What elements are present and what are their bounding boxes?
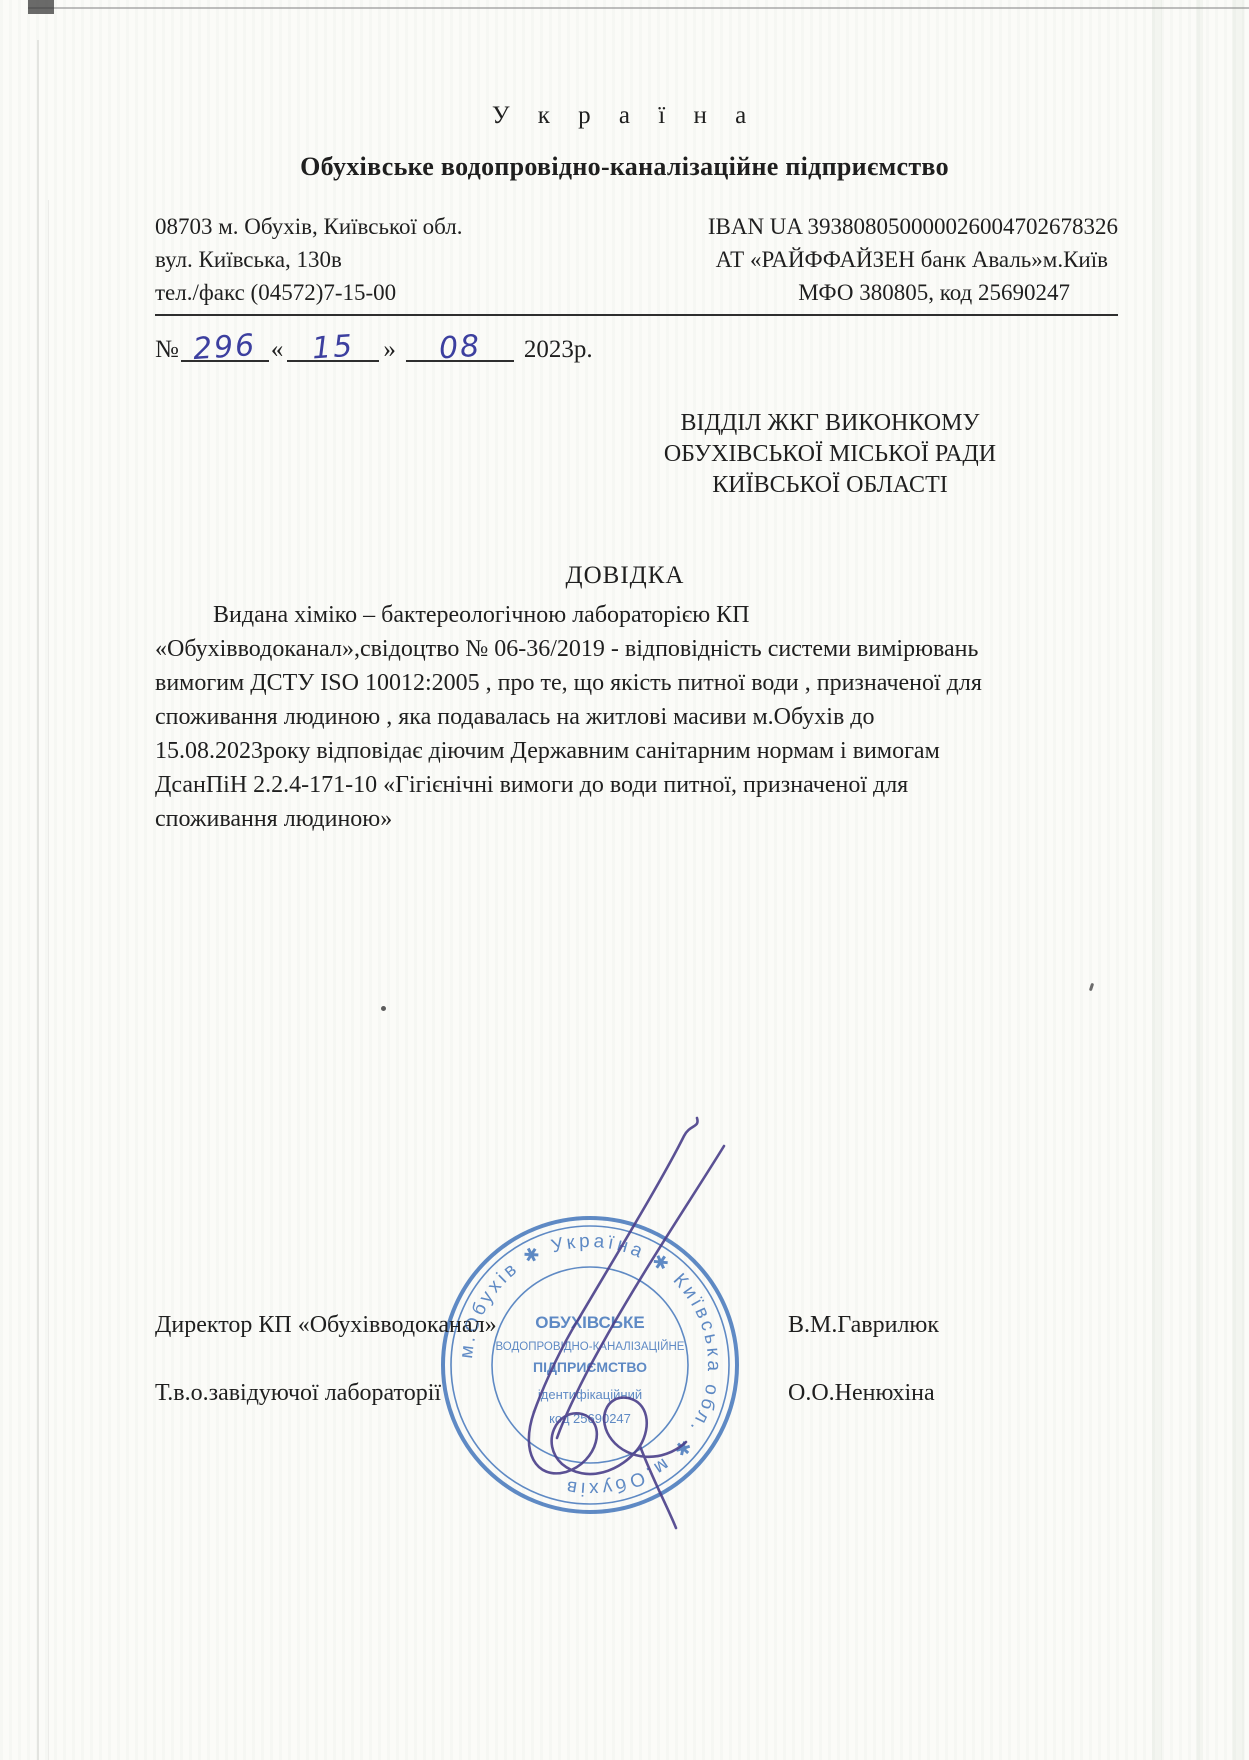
recipient-line-3: КИЇВСЬКОЇ ОБЛАСТІ bbox=[630, 470, 1030, 501]
close-quote: » bbox=[383, 336, 396, 363]
open-quote: « bbox=[271, 336, 284, 363]
paragraph-line: споживання людиною , яка подавалась на ж… bbox=[155, 700, 1115, 734]
document-title: ДОВІДКА bbox=[155, 562, 1095, 590]
scan-edge-line bbox=[28, 7, 1249, 9]
iban-line: IBAN UA 393808050000026004702678326 bbox=[708, 210, 1118, 243]
scan-streak bbox=[37, 40, 39, 1760]
body-paragraph: Видана хіміко – бактереологічною лаборат… bbox=[155, 598, 1115, 836]
mfo-code-line: МФО 380805, код 25690247 bbox=[708, 276, 1070, 309]
scan-corner-mark bbox=[28, 0, 54, 14]
stamp-center-line5: код 25690247 bbox=[549, 1411, 631, 1426]
paragraph-line: вимогим ДСТУ ISO 10012:2005 , про те, що… bbox=[155, 666, 1115, 700]
address-line-2: вул. Київська, 130в bbox=[155, 243, 462, 276]
scan-streak bbox=[1152, 0, 1162, 1760]
paragraph-line: Видана хіміко – бактереологічною лаборат… bbox=[155, 598, 1115, 632]
signature-row-lab-head: Т.в.о.завідуючої лабораторії О.О.Ненюхін… bbox=[155, 1380, 1115, 1407]
scanned-document-page: У к р а ї н а Обухівське водопровідно-ка… bbox=[0, 0, 1249, 1760]
paragraph-line: «Обухівводоканал»,свідоцтво № 06-36/2019… bbox=[155, 632, 1115, 666]
month-blank: 08 bbox=[406, 330, 514, 362]
country-title: У к р а ї н а bbox=[0, 102, 1249, 130]
doc-number-handwritten: 296 bbox=[192, 328, 258, 367]
phone-line: тел./факс (04572)7-15-00 bbox=[155, 276, 462, 309]
scan-streak bbox=[1232, 0, 1244, 1760]
signature-name: О.О.Ненюхіна bbox=[788, 1380, 935, 1407]
company-name: Обухівське водопровідно-каналізаційне пі… bbox=[0, 152, 1249, 182]
signature-role: Т.в.о.завідуючої лабораторії bbox=[155, 1380, 441, 1406]
paragraph-line: 15.08.2023року відповідає діючим Державн… bbox=[155, 734, 1115, 768]
year-label: 2023р. bbox=[524, 336, 593, 363]
signature-role: Директор КП «Обухівводоканал» bbox=[155, 1312, 497, 1338]
signature-row-director: Директор КП «Обухівводоканал» В.М.Гаврил… bbox=[155, 1312, 1115, 1339]
bank-details-block: IBAN UA 393808050000026004702678326 АТ «… bbox=[708, 210, 1118, 309]
recipient-block: ВІДДІЛ ЖКГ ВИКОНКОМУ ОБУХІВСЬКОЇ МІСЬКОЇ… bbox=[630, 408, 1030, 501]
number-sign: № bbox=[155, 336, 179, 363]
address-line-1: 08703 м. Обухів, Київської обл. bbox=[155, 210, 462, 243]
day-handwritten: 15 bbox=[311, 329, 356, 367]
scan-streak bbox=[48, 200, 49, 1760]
scan-speck bbox=[381, 1006, 386, 1011]
contact-block: 08703 м. Обухів, Київської обл. вул. Киї… bbox=[155, 210, 1118, 316]
paragraph-line: споживання людиною» bbox=[155, 802, 1115, 836]
stamp-center-line3: ПІДПРИЄМСТВО bbox=[533, 1359, 647, 1375]
company-stamp: м.Обухів ✱ Україна ✱ Київська обл. ✱ м.О… bbox=[415, 1190, 765, 1540]
month-handwritten: 08 bbox=[438, 329, 483, 367]
scan-speck bbox=[1089, 983, 1094, 992]
doc-number-blank: 296 bbox=[181, 330, 269, 362]
address-block: 08703 м. Обухів, Київської обл. вул. Киї… bbox=[155, 210, 462, 309]
bank-name-line: АТ «РАЙФФАЙЗЕН банк Аваль»м.Київ bbox=[708, 243, 1108, 276]
scan-streak bbox=[1196, 0, 1203, 1760]
day-blank: 15 bbox=[287, 330, 379, 362]
recipient-line-2: ОБУХІВСЬКОЇ МІСЬКОЇ РАДИ bbox=[630, 439, 1030, 470]
stamp-center-line2: ВОДОПРОВІДНО-КАНАЛІЗАЦІЙНЕ bbox=[496, 1340, 685, 1353]
doc-number-line: №296«15»082023р. bbox=[155, 330, 593, 364]
recipient-line-1: ВІДДІЛ ЖКГ ВИКОНКОМУ bbox=[630, 408, 1030, 439]
paragraph-line: ДсанПіН 2.2.4-171-10 «Гігієнічні вимоги … bbox=[155, 768, 1115, 802]
signature-name: В.М.Гаврилюк bbox=[788, 1312, 939, 1339]
